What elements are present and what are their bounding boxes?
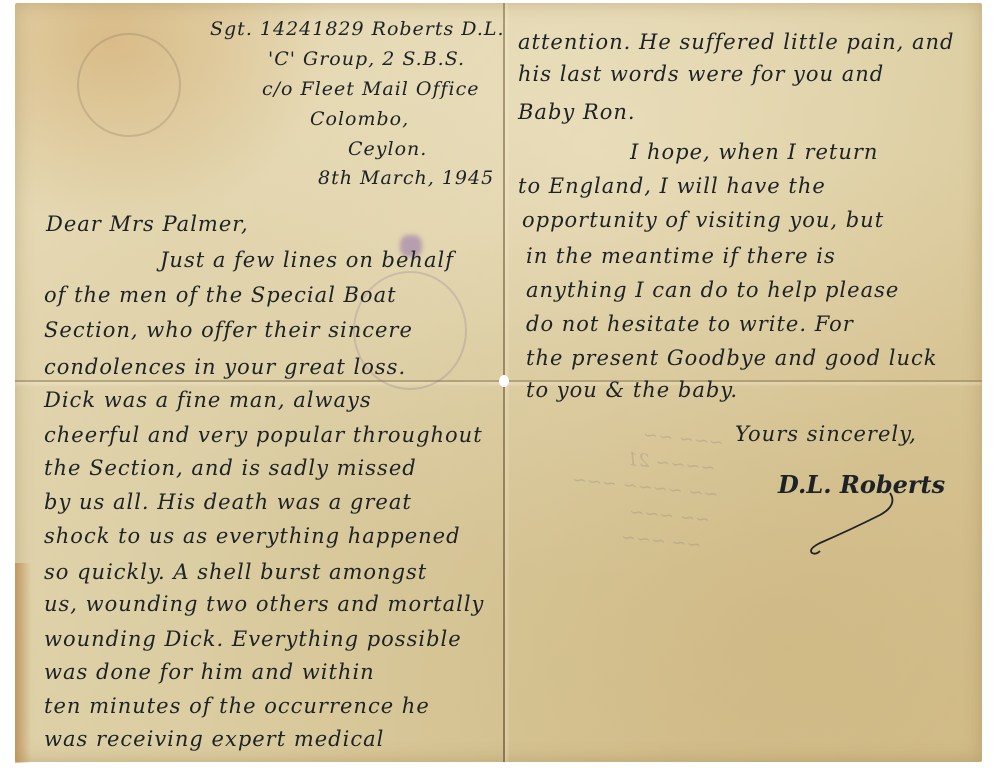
body-line-left: the Section, and is sadly missed [44,456,417,480]
salutation: Dear Mrs Palmer, [46,212,249,236]
mail-office-line: c/o Fleet Mail Office [262,78,480,100]
body-line-left: ten minutes of the occurrence he [44,694,430,718]
bleed-through-text: ~~~ ~~ ~~~~ 21 ~~ ~~~~ ~~~ ~~ ~~~ ~~ ~~~ [565,416,725,630]
body-line-left: by us all. His death was a great [44,490,412,514]
city-line: Colombo, [310,108,409,130]
body-line-left: shock to us as everything happened [44,524,461,548]
body-line-left: wounding Dick. Everything possible [44,627,462,651]
body-line-right: Baby Ron. [518,100,636,124]
signature-flourish-icon [790,485,900,555]
date-line: 8th March, 1945 [318,167,494,189]
country-line: Ceylon. [348,138,427,160]
body-line-left: condolences in your great loss. [44,355,406,379]
postal-stamp-mark [77,33,181,137]
body-line-right: anything I can do to help please [526,278,899,302]
body-line-right: in the meantime if there is [526,244,836,268]
body-line-left: so quickly. A shell burst amongst [44,560,427,584]
body-line-left: Just a few lines on behalf [160,248,454,272]
body-line-left: was done for him and within [44,660,375,684]
body-line-right: attention. He suffered little pain, and [518,30,954,54]
body-line-right: the present Goodbye and good luck [526,346,937,370]
body-line-right: his last words were for you and [518,62,884,86]
body-line-right: to you & the baby. [526,378,738,402]
sender-line: Sgt. 14241829 Roberts D.L. [210,18,505,40]
body-line-right: opportunity of visiting you, but [522,208,884,232]
fold-hole [499,375,509,387]
body-line-left: was receiving expert medical [44,727,384,751]
body-line-left: Dick was a fine man, always [44,388,372,412]
closing: Yours sincerely, [735,422,917,446]
body-line-right: I hope, when I return [630,140,878,164]
body-line-right: do not hesitate to write. For [526,312,854,336]
body-line-left: Section, who offer their sincere [44,318,413,342]
edge-stain [15,563,31,763]
body-line-left: cheerful and very popular throughout [44,423,483,447]
body-line-left: us, wounding two others and mortally [44,592,484,616]
unit-line: 'C' Group, 2 S.B.S. [268,48,465,70]
body-line-right: to England, I will have the [518,174,826,198]
body-line-left: of the men of the Special Boat [44,283,397,307]
